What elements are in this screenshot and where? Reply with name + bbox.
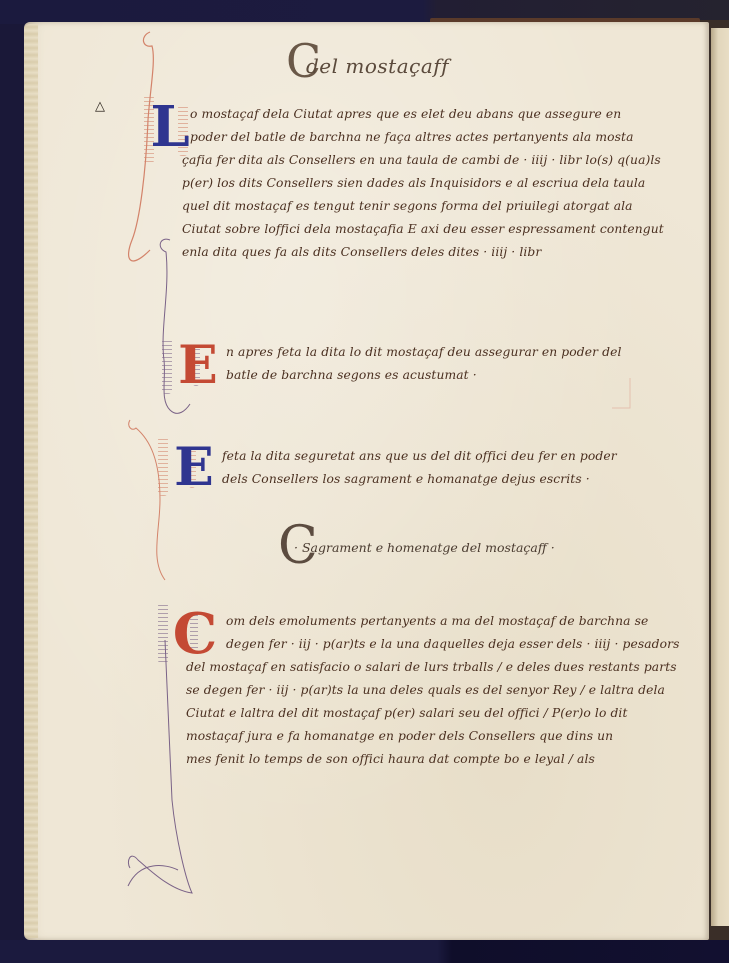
text-line: degen fer · iij · p(ar)ts e la una daque… xyxy=(226,633,680,656)
illuminated-initial-E-blue: E xyxy=(166,442,222,494)
text-line: o mostaçaf dela Ciutat apres que es elet… xyxy=(190,103,664,126)
text-line: p(er) los dits Consellers sien dades als… xyxy=(182,172,664,195)
text-line: mostaçaf jura e fa homanatge en poder de… xyxy=(186,725,680,748)
text-line: poder del batle de barchna ne faça altre… xyxy=(190,126,664,149)
paragraph-2: n apres feta la dita lo dit mostaçaf deu… xyxy=(226,341,622,387)
text-line: feta la dita seguretat ans que us del di… xyxy=(222,445,617,468)
text-line: batle de barchna segons es acustumat · xyxy=(226,364,622,387)
text-line: dels Consellers los sagrament e homanatg… xyxy=(222,468,617,491)
text-line: Ciutat sobre loffici dela mostaçafia E a… xyxy=(182,218,664,241)
text-line: om dels emoluments pertanyents a ma del … xyxy=(226,610,680,633)
facing-page-edge xyxy=(711,28,729,926)
text-line: del mostaçaf en satisfacio o salari de l… xyxy=(186,656,680,679)
text-line: se degen fer · iij · p(ar)ts la una dele… xyxy=(186,679,680,702)
subheading-text: · Sagrament e homenatge del mostaçaff · xyxy=(294,540,555,555)
illuminated-initial-E-red: E xyxy=(170,340,226,392)
bottom-backdrop xyxy=(0,940,729,963)
text-line: Ciutat e laltra del dit mostaçaf p(er) s… xyxy=(186,702,680,725)
illuminated-initial-C-red: C xyxy=(166,606,224,662)
text-line: n apres feta la dita lo dit mostaçaf deu… xyxy=(226,341,622,364)
illuminated-initial-L: L xyxy=(148,98,192,160)
initial-letter: L xyxy=(148,98,192,156)
initial-letter: E xyxy=(166,442,222,494)
margin-triangle-marker: △ xyxy=(92,100,108,114)
text-line: quel dit mostaçaf es tengut tenir segons… xyxy=(182,195,664,218)
paragraph-1: o mostaçaf dela Ciutat apres que es elet… xyxy=(190,103,664,264)
paragraph-3: feta la dita seguretat ans que us del di… xyxy=(222,445,617,491)
page-stack-edge xyxy=(24,24,38,938)
text-line: çafia fer dita als Consellers en una tau… xyxy=(182,149,664,172)
initial-letter: E xyxy=(170,340,226,392)
paragraph-4: om dels emoluments pertanyents a ma del … xyxy=(226,610,680,771)
heading-text: del mostaçaff xyxy=(306,54,449,78)
section-heading: C del mostaçaff xyxy=(286,42,486,88)
oath-subheading: C · Sagrament e homenatge del mostaçaff … xyxy=(278,528,618,588)
text-line: enla dita ques fa als dits Consellers de… xyxy=(182,241,664,264)
initial-letter: C xyxy=(166,606,224,662)
text-line: mes fenit lo temps de son offici haura d… xyxy=(186,748,680,771)
